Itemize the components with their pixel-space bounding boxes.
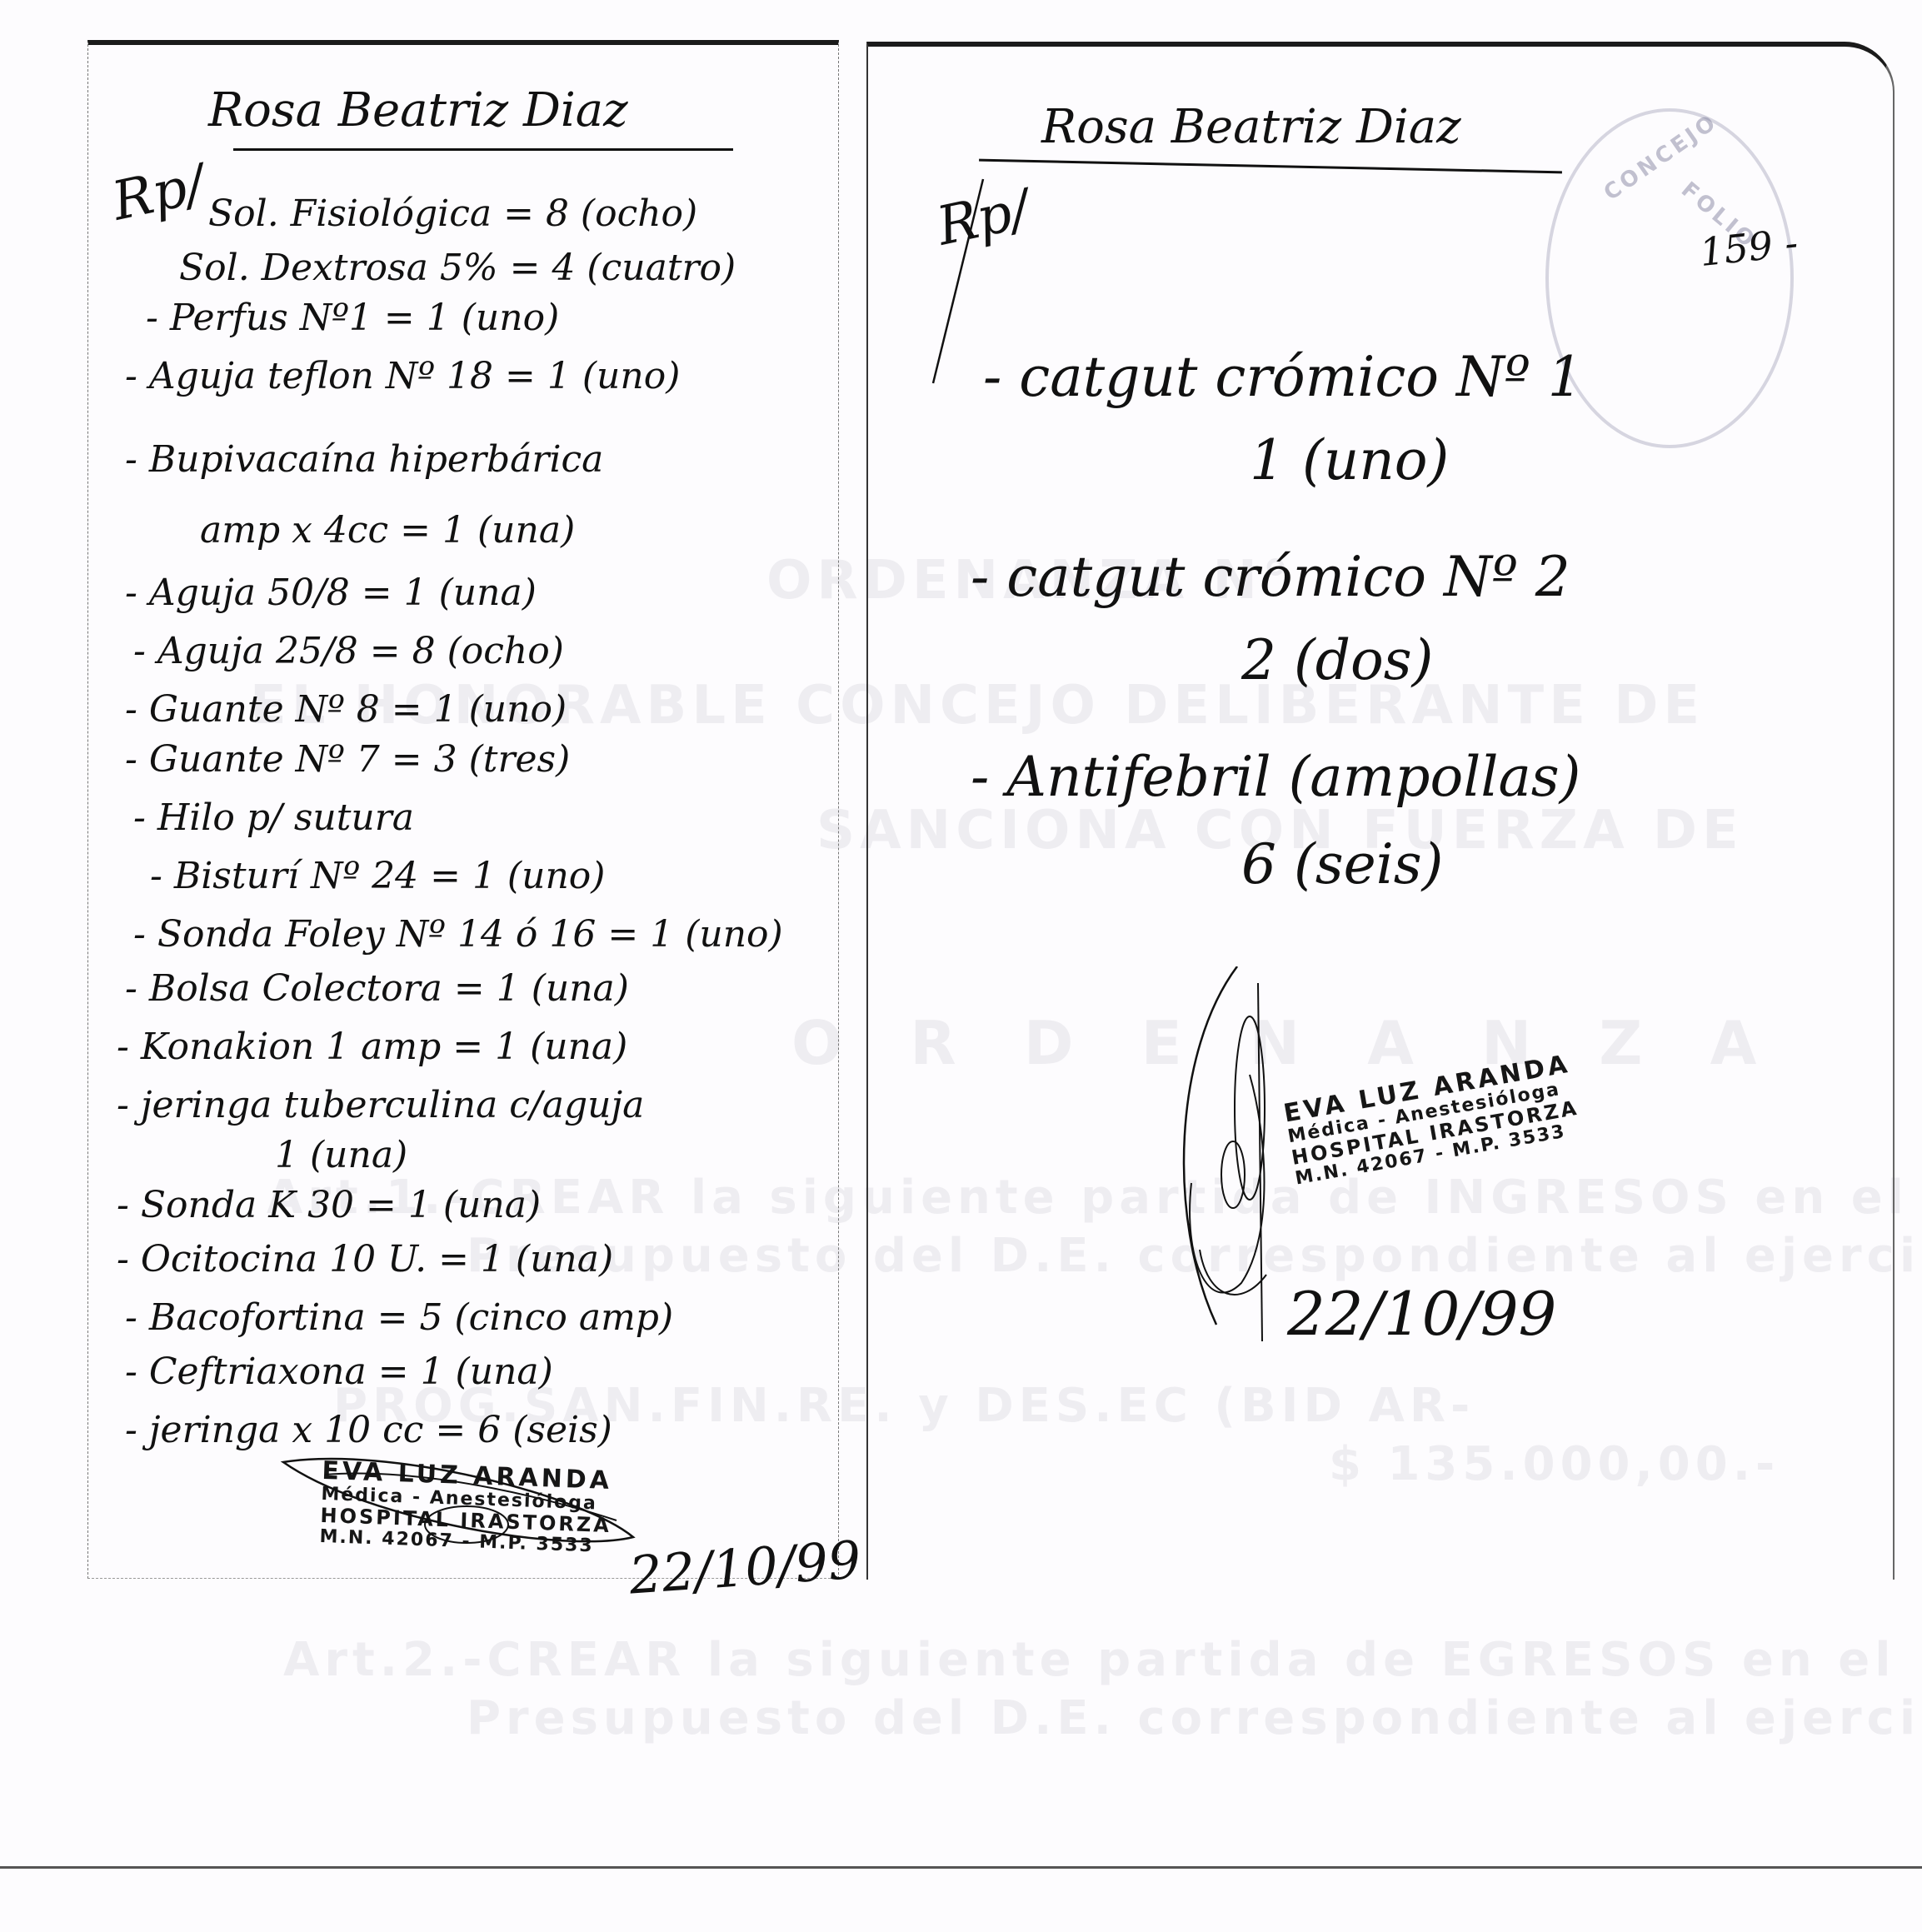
right-patient-name: Rosa Beatriz Diaz: [1041, 100, 1461, 154]
prescription-item: - catgut crómico Nº 2: [971, 550, 1570, 605]
prescription-item: - Aguja 25/8 = 8 (ocho): [133, 633, 564, 670]
prescription-item: - Bupivacaína hiperbárica: [125, 442, 603, 478]
prescription-item: - Ceftriaxona = 1 (una): [125, 1354, 553, 1390]
prescription-item: - Antifebril (ampollas): [971, 750, 1580, 805]
prescription-item: - Sonda K 30 = 1 (una): [117, 1187, 541, 1224]
prescription-item: amp x 4cc = 1 (una): [200, 512, 575, 549]
scan-bottom-edge: [0, 1866, 1922, 1869]
right-signature-icon: [1158, 966, 1308, 1350]
prescription-item: - Ocitocina 10 U. = 1 (una): [117, 1241, 613, 1278]
prescription-item: - Guante Nº 8 = 1 (uno): [125, 691, 567, 728]
prescription-item: - catgut crómico Nº 1: [983, 350, 1583, 405]
right-date: 22/10/99: [1287, 1279, 1556, 1349]
left-signature-icon: [267, 1445, 650, 1554]
background-print-line: Art.2.-CREAR la siguiente partida de EGR…: [283, 1633, 1895, 1687]
prescription-item: - jeringa tuberculina c/aguja: [117, 1087, 644, 1124]
rx-slash-line: [925, 175, 991, 392]
background-print-line: Presupuesto del D.E. correspondiente al …: [467, 1691, 1922, 1745]
prescription-item: 6 (seis): [1241, 837, 1443, 892]
prescription-item: - Aguja teflon Nº 18 = 1 (uno): [125, 358, 680, 395]
prescription-item: - Konakion 1 amp = 1 (una): [117, 1029, 627, 1066]
prescription-item: - Bolsa Colectora = 1 (una): [125, 971, 629, 1007]
prescription-item: - Hilo p/ sutura: [133, 800, 414, 836]
prescription-item: - Guante Nº 7 = 3 (tres): [125, 741, 570, 778]
prescription-item: 2 (dos): [1241, 633, 1433, 688]
prescription-item: Sol. Fisiológica = 8 (ocho): [208, 196, 697, 232]
prescription-item: 1 (una): [275, 1137, 407, 1174]
prescription-item: - Aguja 50/8 = 1 (una): [125, 575, 537, 612]
prescription-item: - jeringa x 10 cc = 6 (seis): [125, 1412, 612, 1449]
prescription-item: Sol. Dextrosa 5% = 4 (cuatro): [179, 250, 736, 287]
prescription-item: 1 (uno): [1250, 433, 1449, 488]
prescription-item: - Bacofortina = 5 (cinco amp): [125, 1300, 673, 1336]
prescription-item: - Bisturí Nº 24 = 1 (uno): [150, 858, 605, 895]
left-name-underline: [233, 148, 733, 151]
prescription-item: - Sonda Foley Nº 14 ó 16 = 1 (uno): [133, 916, 783, 953]
left-patient-name: Rosa Beatriz Diaz: [208, 83, 628, 137]
prescription-item: - Perfus Nº1 = 1 (uno): [146, 300, 559, 337]
